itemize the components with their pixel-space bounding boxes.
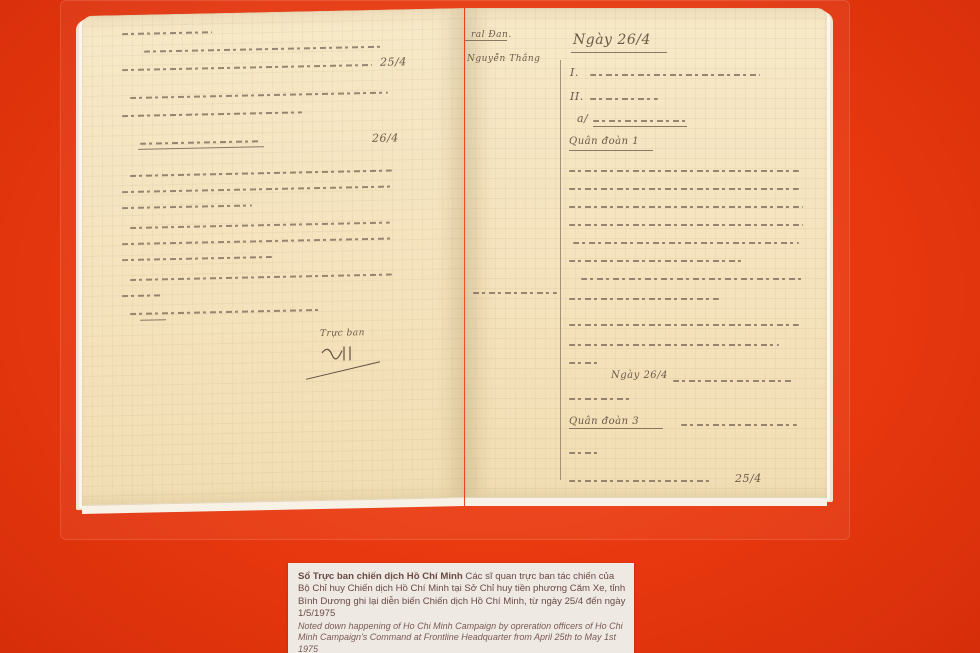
caption-placard: Sổ Trực ban chiến dịch Hồ Chí Minh Các s…: [288, 563, 634, 653]
date-line: Ngày 26/4: [611, 370, 668, 381]
open-notebook: 25/4 26/4 Trực ban ral Đan. Nguyễn Thắng…: [82, 8, 832, 508]
last-line-date: 25/4: [735, 472, 762, 485]
signature-label: Trực ban: [320, 328, 365, 339]
page-heading-date: Ngày 26/4: [573, 32, 651, 48]
placard-english-text: Noted down happening of Ho Chi Minh Camp…: [298, 621, 626, 653]
left-date-2: 26/4: [372, 131, 399, 145]
right-page: ral Đan. Nguyễn Thắng Ngày 26/4 I. II. a…: [465, 8, 827, 498]
left-date-1: 25/4: [380, 55, 407, 69]
placard-title: Sổ Trực ban chiến dịch Hồ Chí Minh: [298, 571, 463, 582]
left-page: 25/4 26/4 Trực ban: [82, 8, 464, 506]
signature-icon: [304, 342, 384, 384]
margin-note: Nguyễn Thắng: [467, 54, 540, 64]
